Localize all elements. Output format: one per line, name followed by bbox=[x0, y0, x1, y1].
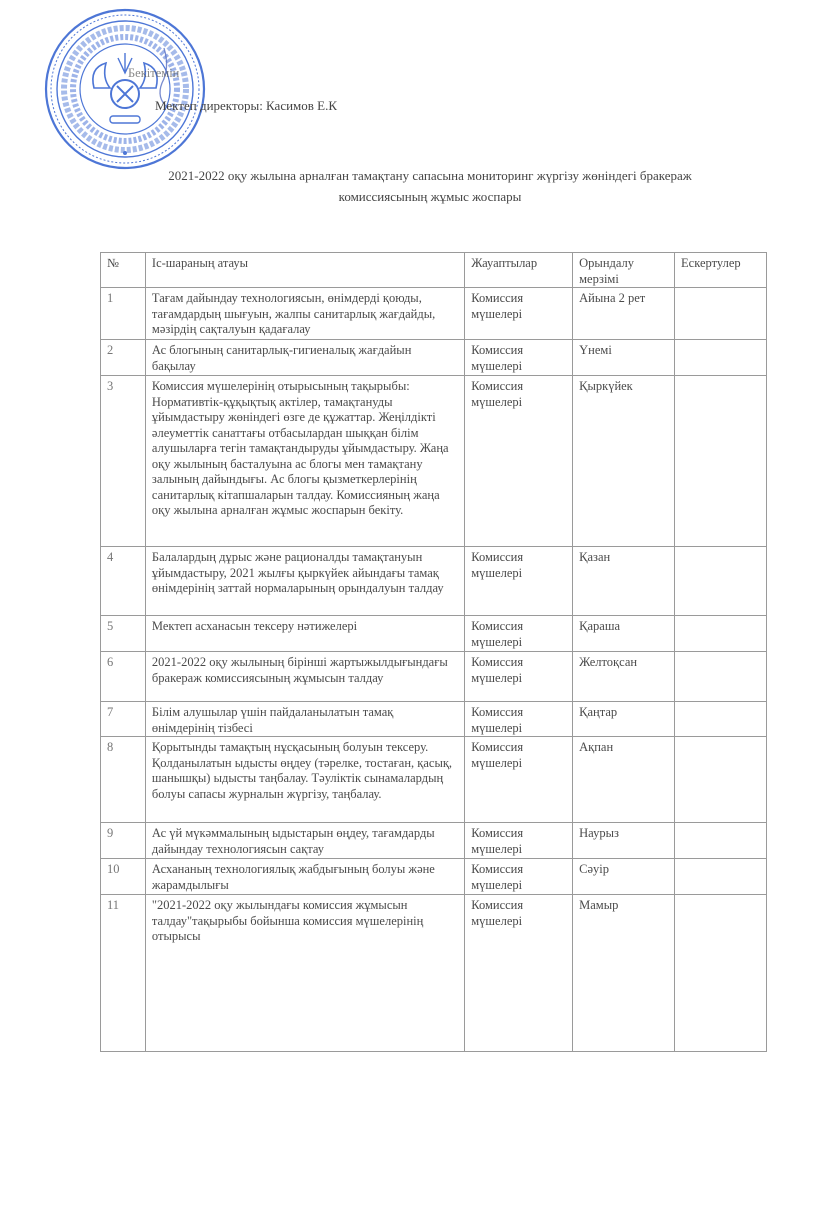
document-title: 2021-2022 оқу жылына арналған тамақтану … bbox=[110, 165, 750, 207]
row-notes bbox=[675, 376, 767, 547]
row-notes bbox=[675, 859, 767, 895]
row-activity: 2021-2022 оқу жылының бірінші жартыжылды… bbox=[145, 652, 464, 702]
row-notes bbox=[675, 652, 767, 702]
row-responsible: Комиссия мүшелері bbox=[465, 652, 573, 702]
row-deadline: Желтоқсан bbox=[573, 652, 675, 702]
row-notes bbox=[675, 737, 767, 823]
row-responsible: Комиссия мүшелері bbox=[465, 859, 573, 895]
row-number: 2 bbox=[101, 340, 146, 376]
row-deadline: Ақпан bbox=[573, 737, 675, 823]
official-stamp-icon bbox=[44, 8, 206, 170]
row-deadline: Үнемі bbox=[573, 340, 675, 376]
row-responsible: Комиссия мүшелері bbox=[465, 340, 573, 376]
header-notes: Ескертулер bbox=[675, 253, 767, 288]
header-number: № bbox=[101, 253, 146, 288]
row-activity: Комиссия мүшелерінің отырысының тақырыбы… bbox=[145, 376, 464, 547]
row-notes bbox=[675, 895, 767, 1052]
row-deadline: Қыркүйек bbox=[573, 376, 675, 547]
row-number: 9 bbox=[101, 823, 146, 859]
table-row: 3 Комиссия мүшелерінің отырысының тақыры… bbox=[101, 376, 767, 547]
row-deadline: Қаңтар bbox=[573, 702, 675, 737]
row-responsible: Комиссия мүшелері bbox=[465, 895, 573, 1052]
row-responsible: Комиссия мүшелері bbox=[465, 288, 573, 340]
row-notes bbox=[675, 547, 767, 616]
table-row: 7 Білім алушылар үшін пайдаланылатын там… bbox=[101, 702, 767, 737]
table-row: 9 Ас үй мүкәммалының ыдыстарын өңдеу, та… bbox=[101, 823, 767, 859]
row-activity: Асхананың технологиялық жабдығының болуы… bbox=[145, 859, 464, 895]
table-header-row: № Іс-шараның атауы Жауаптылар Орындалу м… bbox=[101, 253, 767, 288]
row-number: 10 bbox=[101, 859, 146, 895]
row-number: 7 bbox=[101, 702, 146, 737]
table-row: 10 Асхананың технологиялық жабдығының бо… bbox=[101, 859, 767, 895]
row-notes bbox=[675, 288, 767, 340]
row-responsible: Комиссия мүшелері bbox=[465, 737, 573, 823]
approve-label: Бекітемін bbox=[128, 66, 179, 81]
table-row: 2 Ас блогының санитарлық-гигиеналық жағд… bbox=[101, 340, 767, 376]
row-notes bbox=[675, 616, 767, 652]
row-number: 1 bbox=[101, 288, 146, 340]
header-responsible: Жауаптылар bbox=[465, 253, 573, 288]
row-activity: Мектеп асханасын тексеру нәтижелері bbox=[145, 616, 464, 652]
director-signature-line: Мектеп директоры: Касимов Е.К bbox=[155, 98, 337, 114]
title-line-2: комиссиясының жұмыс жоспары bbox=[110, 186, 750, 207]
row-number: 4 bbox=[101, 547, 146, 616]
title-line-1: 2021-2022 оқу жылына арналған тамақтану … bbox=[110, 165, 750, 186]
row-deadline: Айына 2 рет bbox=[573, 288, 675, 340]
header-deadline: Орындалу мерзімі bbox=[573, 253, 675, 288]
work-plan-table: № Іс-шараның атауы Жауаптылар Орындалу м… bbox=[100, 252, 767, 1052]
header-activity: Іс-шараның атауы bbox=[145, 253, 464, 288]
row-activity: Балалардың дұрыс және рационалды тамақта… bbox=[145, 547, 464, 616]
row-responsible: Комиссия мүшелері bbox=[465, 547, 573, 616]
row-notes bbox=[675, 823, 767, 859]
row-responsible: Комиссия мүшелері bbox=[465, 376, 573, 547]
row-deadline: Қазан bbox=[573, 547, 675, 616]
row-number: 6 bbox=[101, 652, 146, 702]
row-activity: Ас үй мүкәммалының ыдыстарын өңдеу, таға… bbox=[145, 823, 464, 859]
row-deadline: Наурыз bbox=[573, 823, 675, 859]
row-deadline: Сәуір bbox=[573, 859, 675, 895]
table-row: 6 2021-2022 оқу жылының бірінші жартыжыл… bbox=[101, 652, 767, 702]
row-activity: "2021-2022 оқу жылындағы комиссия жұмысы… bbox=[145, 895, 464, 1052]
row-number: 8 bbox=[101, 737, 146, 823]
row-responsible: Комиссия мүшелері bbox=[465, 702, 573, 737]
row-notes bbox=[675, 702, 767, 737]
table-row: 4 Балалардың дұрыс және рационалды тамақ… bbox=[101, 547, 767, 616]
row-number: 5 bbox=[101, 616, 146, 652]
row-activity: Қорытынды тамақтың нұсқасының болуын тек… bbox=[145, 737, 464, 823]
row-activity: Тағам дайындау технологиясын, өнімдерді … bbox=[145, 288, 464, 340]
table-row: 11 "2021-2022 оқу жылындағы комиссия жұм… bbox=[101, 895, 767, 1052]
row-responsible: Комиссия мүшелері bbox=[465, 616, 573, 652]
row-deadline: Қараша bbox=[573, 616, 675, 652]
row-activity: Білім алушылар үшін пайдаланылатын тамақ… bbox=[145, 702, 464, 737]
row-responsible: Комиссия мүшелері bbox=[465, 823, 573, 859]
table-row: 8 Қорытынды тамақтың нұсқасының болуын т… bbox=[101, 737, 767, 823]
row-number: 3 bbox=[101, 376, 146, 547]
row-notes bbox=[675, 340, 767, 376]
row-deadline: Мамыр bbox=[573, 895, 675, 1052]
row-activity: Ас блогының санитарлық-гигиеналық жағдай… bbox=[145, 340, 464, 376]
row-number: 11 bbox=[101, 895, 146, 1052]
table-row: 5 Мектеп асханасын тексеру нәтижелері Ко… bbox=[101, 616, 767, 652]
table-row: 1 Тағам дайындау технологиясын, өнімдерд… bbox=[101, 288, 767, 340]
